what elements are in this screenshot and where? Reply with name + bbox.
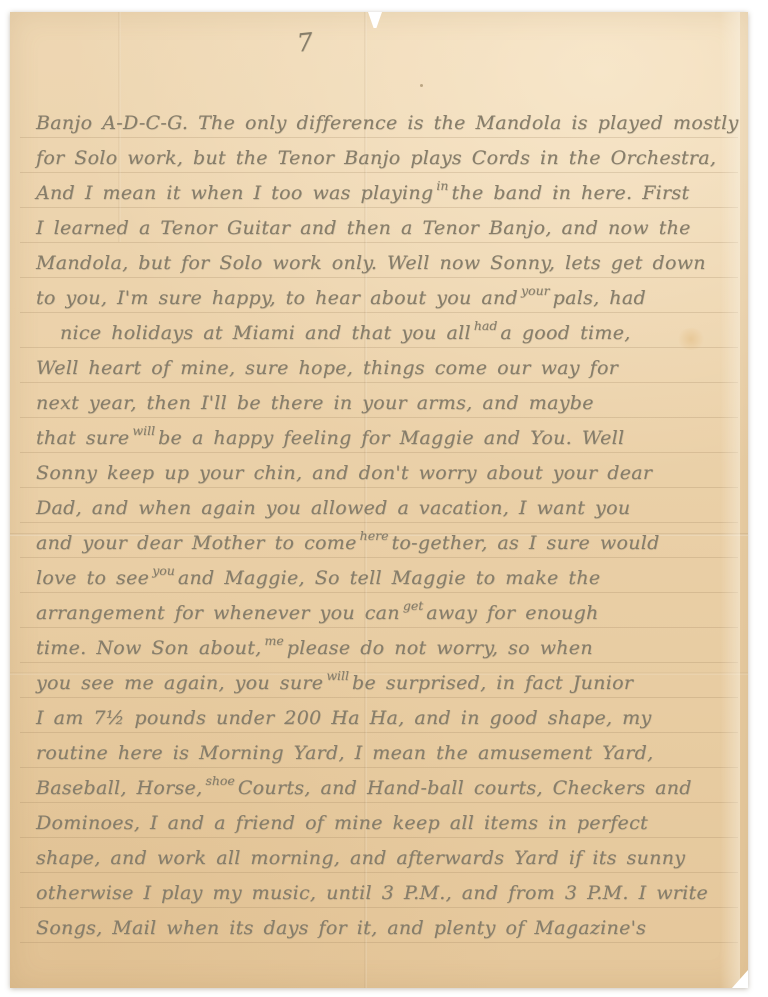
inserted-word: get: [403, 598, 423, 613]
top-edge-notch: [368, 12, 382, 28]
line-text: Well heart of mine, sure hope, things co…: [36, 357, 618, 379]
handwritten-line: next year, then I'll be there in your ar…: [36, 386, 732, 421]
line-text: Banjo A-D-C-G. The only difference is th…: [36, 112, 739, 134]
line-text: Dad, and when again you allowed a vacati…: [36, 497, 630, 519]
line-text: Songs, Mail when its days for it, and pl…: [36, 917, 646, 939]
inserted-word: will: [132, 423, 155, 438]
handwritten-line: otherwise I play my music, until 3 P.M.,…: [36, 876, 732, 911]
line-text: and Maggie, So tell Maggie to make the: [178, 567, 601, 589]
inserted-word: your: [521, 283, 550, 298]
inserted-word: had: [474, 318, 498, 333]
handwritten-line: you see me again, you surewillbe surpris…: [36, 666, 732, 701]
line-text: and your dear Mother to come: [36, 532, 357, 554]
line-text: otherwise I play my music, until 3 P.M.,…: [36, 882, 708, 904]
letter-paper: 7 Banjo A-D-C-G. The only difference is …: [10, 12, 748, 988]
handwritten-line: Mandola, but for Solo work only. Well no…: [36, 246, 732, 281]
inserted-word: in: [436, 178, 448, 193]
handwritten-line: nice holidays at Miami and that you allh…: [36, 316, 732, 351]
handwritten-line: routine here is Morning Yard, I mean the…: [36, 736, 732, 771]
handwritten-line: shape, and work all morning, and afterwa…: [36, 841, 732, 876]
inserted-word: shoe: [205, 773, 234, 788]
handwritten-line: I learned a Tenor Guitar and then a Teno…: [36, 211, 732, 246]
torn-corner: [732, 970, 748, 988]
line-text: the band in here. First: [451, 182, 689, 204]
handwritten-line: time. Now Son about,meplease do not worr…: [36, 631, 732, 666]
line-text: routine here is Morning Yard, I mean the…: [36, 742, 653, 764]
line-text: next year, then I'll be there in your ar…: [36, 392, 594, 414]
handwritten-line: and your dear Mother to comehereto-gethe…: [36, 526, 732, 561]
line-text: a good time,: [500, 322, 630, 344]
handwritten-line: Well heart of mine, sure hope, things co…: [36, 351, 732, 386]
line-text: Courts, and Hand-ball courts, Checkers a…: [238, 777, 692, 799]
line-text: be a happy feeling for Maggie and You. W…: [158, 427, 624, 449]
handwritten-line: Sonny keep up your chin, and don't worry…: [36, 456, 732, 491]
handwritten-line: Banjo A-D-C-G. The only difference is th…: [36, 106, 732, 141]
handwritten-line: And I mean it when I too was playinginth…: [36, 176, 732, 211]
line-text: that sure: [36, 427, 129, 449]
page-number: 7: [296, 27, 315, 58]
handwritten-line: I am 7½ pounds under 200 Ha Ha, and in g…: [36, 701, 732, 736]
line-text: Mandola, but for Solo work only. Well no…: [36, 252, 706, 274]
handwritten-line: Dominoes, I and a friend of mine keep al…: [36, 806, 732, 841]
handwritten-line: that surewillbe a happy feeling for Magg…: [36, 421, 732, 456]
line-text: be surprised, in fact Junior: [352, 672, 633, 694]
handwritten-line: arrangement for whenever you cangetaway …: [36, 596, 732, 631]
line-text: Baseball, Horse,: [36, 777, 202, 799]
inserted-word: me: [265, 633, 284, 648]
line-text: for Solo work, but the Tenor Banjo plays…: [36, 147, 716, 169]
line-text: pals, had: [553, 287, 646, 309]
scanned-letter-screenshot: { "letter": { "page_number": "7", "lines…: [0, 0, 768, 997]
inserted-word: will: [326, 668, 349, 683]
line-text: shape, and work all morning, and afterwa…: [36, 847, 685, 869]
paper-speck: [420, 84, 423, 87]
line-text: Sonny keep up your chin, and don't worry…: [36, 462, 652, 484]
line-text: arrangement for whenever you can: [36, 602, 400, 624]
line-text: away for enough: [426, 602, 598, 624]
letter-body: Banjo A-D-C-G. The only difference is th…: [36, 106, 732, 946]
line-text: love to see: [36, 567, 149, 589]
handwritten-line: Dad, and when again you allowed a vacati…: [36, 491, 732, 526]
line-text: I am 7½ pounds under 200 Ha Ha, and in g…: [36, 707, 652, 729]
line-text: time. Now Son about,: [36, 637, 262, 659]
line-text: And I mean it when I too was playing: [36, 182, 433, 204]
line-text: please do not worry, so when: [287, 637, 593, 659]
handwritten-line: Baseball, Horse,shoeCourts, and Hand-bal…: [36, 771, 732, 806]
handwritten-line: for Solo work, but the Tenor Banjo plays…: [36, 141, 732, 176]
line-text: you see me again, you sure: [36, 672, 323, 694]
line-text: I learned a Tenor Guitar and then a Teno…: [36, 217, 691, 239]
handwritten-line: Songs, Mail when its days for it, and pl…: [36, 911, 732, 946]
line-text: nice holidays at Miami and that you all: [60, 322, 471, 344]
inserted-word: here: [360, 528, 389, 543]
line-text: Dominoes, I and a friend of mine keep al…: [36, 812, 648, 834]
line-text: to you, I'm sure happy, to hear about yo…: [36, 287, 518, 309]
inserted-word: you: [152, 563, 175, 578]
line-text: to-gether, as I sure would: [391, 532, 659, 554]
handwritten-line: to you, I'm sure happy, to hear about yo…: [36, 281, 732, 316]
handwritten-line: love to seeyouand Maggie, So tell Maggie…: [36, 561, 732, 596]
